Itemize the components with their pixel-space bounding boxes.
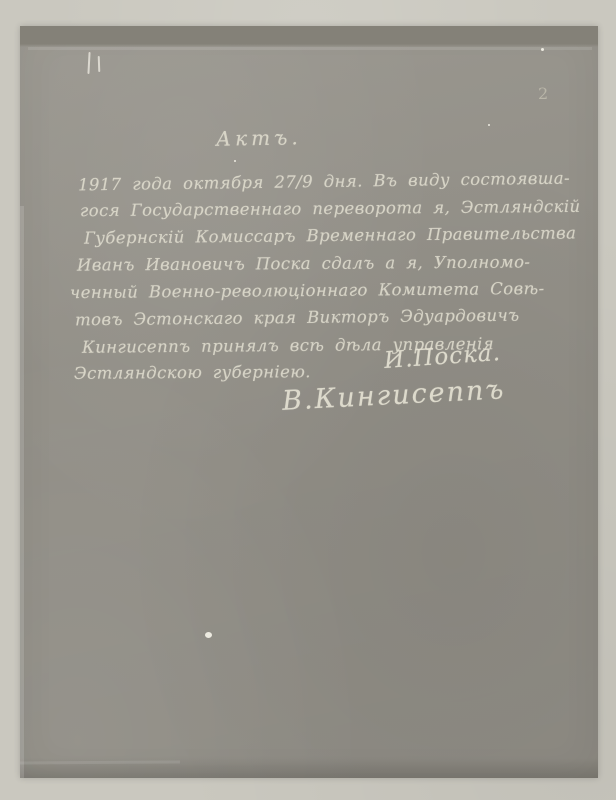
handwritten-line-5: ченный Военно-революціоннаго Комитета Со… bbox=[70, 279, 545, 302]
page-number: 2 bbox=[538, 84, 549, 103]
signature-kingissepp: В.Кингисеппъ bbox=[281, 374, 506, 417]
handwritten-line-6: товъ Эстонскаго края Викторъ Эдуардовичъ bbox=[75, 306, 520, 330]
paper-speck bbox=[205, 632, 212, 638]
photo-left-edge-highlight bbox=[20, 206, 24, 778]
mount-board: 2 Актъ. 1917 года октября 27/9 дня. Въ в… bbox=[0, 0, 616, 800]
paper-speck bbox=[488, 124, 490, 126]
document-title: Актъ. bbox=[216, 125, 302, 150]
scratch-mark bbox=[87, 52, 90, 74]
document-photograph: 2 Актъ. 1917 года октября 27/9 дня. Въ в… bbox=[20, 26, 598, 778]
paper-speck bbox=[234, 160, 236, 162]
handwritten-line-1: 1917 года октября 27/9 дня. Въ виду сост… bbox=[78, 169, 570, 195]
handwritten-line-8: Эстляндскою губерніею. bbox=[74, 362, 311, 383]
handwritten-line-4: Иванъ Ивановичъ Поска сдалъ а я, Уполном… bbox=[77, 252, 530, 274]
handwritten-line-2: гося Государственнаго переворота я, Эстл… bbox=[80, 197, 581, 220]
photo-top-edge-highlight bbox=[28, 47, 592, 50]
paper-speck bbox=[541, 48, 544, 51]
handwritten-line-3: Губернскій Комиссаръ Временнаго Правител… bbox=[84, 223, 577, 247]
photo-top-fold-band bbox=[20, 26, 598, 47]
scratch-mark bbox=[98, 56, 100, 72]
